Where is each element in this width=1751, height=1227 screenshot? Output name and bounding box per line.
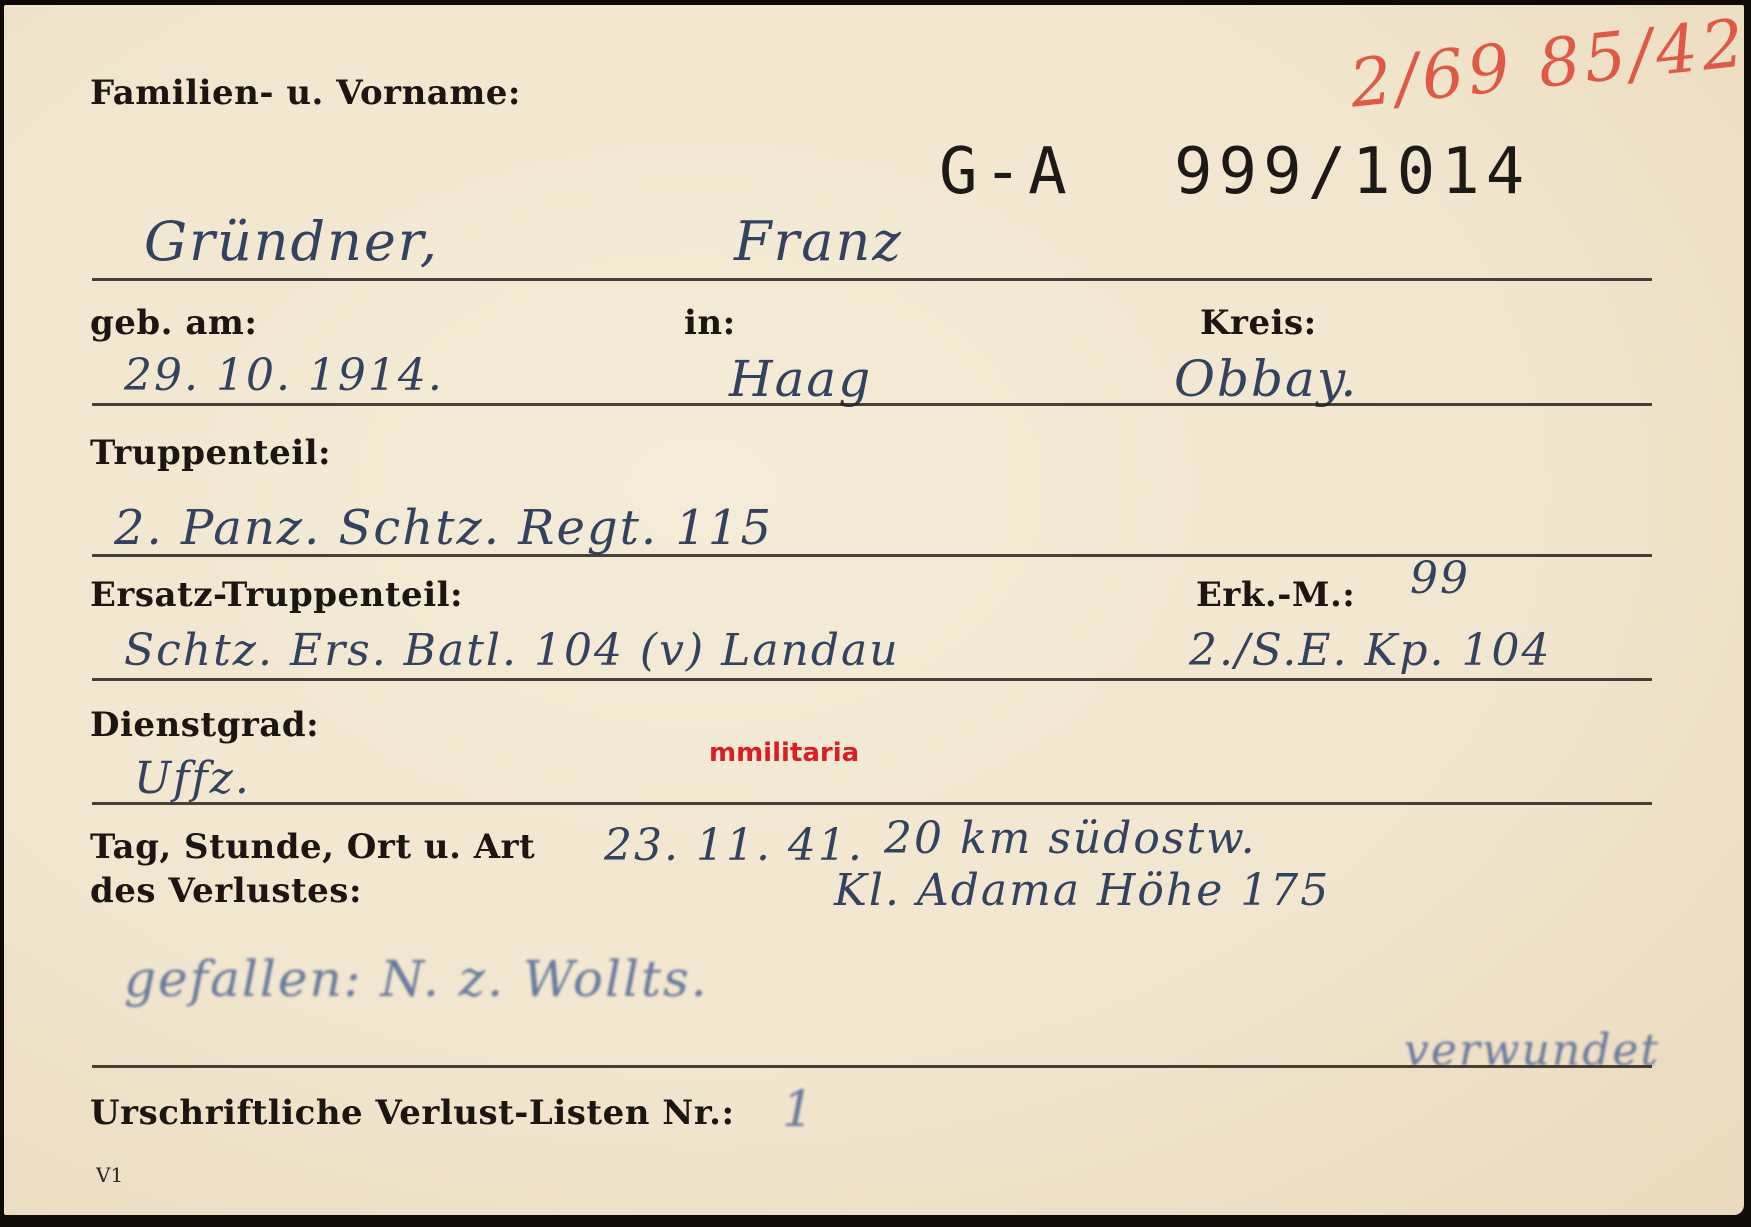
loss-label-line2: des Verlustes: <box>90 871 362 911</box>
surname-value: Gründner, <box>144 210 439 273</box>
typed-code-prefix: G-A <box>939 135 1073 209</box>
divider <box>92 278 1652 281</box>
birth-date-value: 29. 10. 1914. <box>124 350 444 401</box>
unit-label: Truppenteil: <box>90 433 331 473</box>
divider <box>92 678 1652 681</box>
loss-label-line1: Tag, Stunde, Ort u. Art <box>90 827 535 867</box>
district-label: Kreis: <box>1200 303 1317 343</box>
typed-code-number: 999/1014 <box>1174 135 1530 209</box>
birth-place-label: in: <box>684 303 736 343</box>
loss-status-value: gefallen: N. z. Wollts. <box>124 950 709 1008</box>
birth-place-value: Haag <box>729 350 872 408</box>
id-tag-number: 99 <box>1410 553 1470 604</box>
divider <box>92 403 1652 406</box>
divider <box>92 802 1652 805</box>
birth-date-label: geb. am: <box>90 303 257 343</box>
personnel-record-card: 2/69 85/42 Familien- u. Vorname: G-A 999… <box>4 5 1744 1215</box>
loss-list-value: 1 <box>782 1080 816 1138</box>
replacement-unit-label: Ersatz-Truppenteil: <box>90 575 463 615</box>
id-tag-unit: 2./S.E. Kp. 104 <box>1189 625 1551 676</box>
given-name-value: Franz <box>734 210 903 273</box>
divider <box>92 1065 1652 1068</box>
watermark: mmilitaria <box>709 738 859 768</box>
loss-place-line2: Kl. Adama Höhe 175 <box>834 865 1330 916</box>
loss-date-value: 23. 11. 41. <box>604 820 864 871</box>
unit-value: 2. Panz. Schtz. Regt. 115 <box>114 500 773 556</box>
rank-value: Uffz. <box>134 753 251 804</box>
replacement-unit-value: Schtz. Ers. Batl. 104 (v) Landau <box>124 625 900 676</box>
loss-note-right: verwundet <box>1404 1025 1660 1076</box>
loss-place-line1: 20 km südostw. <box>884 813 1257 864</box>
red-reference-number: 2/69 85/42 <box>1346 4 1751 122</box>
rank-label: Dienstgrad: <box>90 705 319 745</box>
loss-list-label: Urschriftliche Verlust-Listen Nr.: <box>90 1093 735 1133</box>
form-code: V1 <box>96 1163 123 1187</box>
name-label: Familien- u. Vorname: <box>90 73 521 113</box>
id-tag-label: Erk.-M.: <box>1196 575 1355 615</box>
district-value: Obbay. <box>1174 350 1358 408</box>
